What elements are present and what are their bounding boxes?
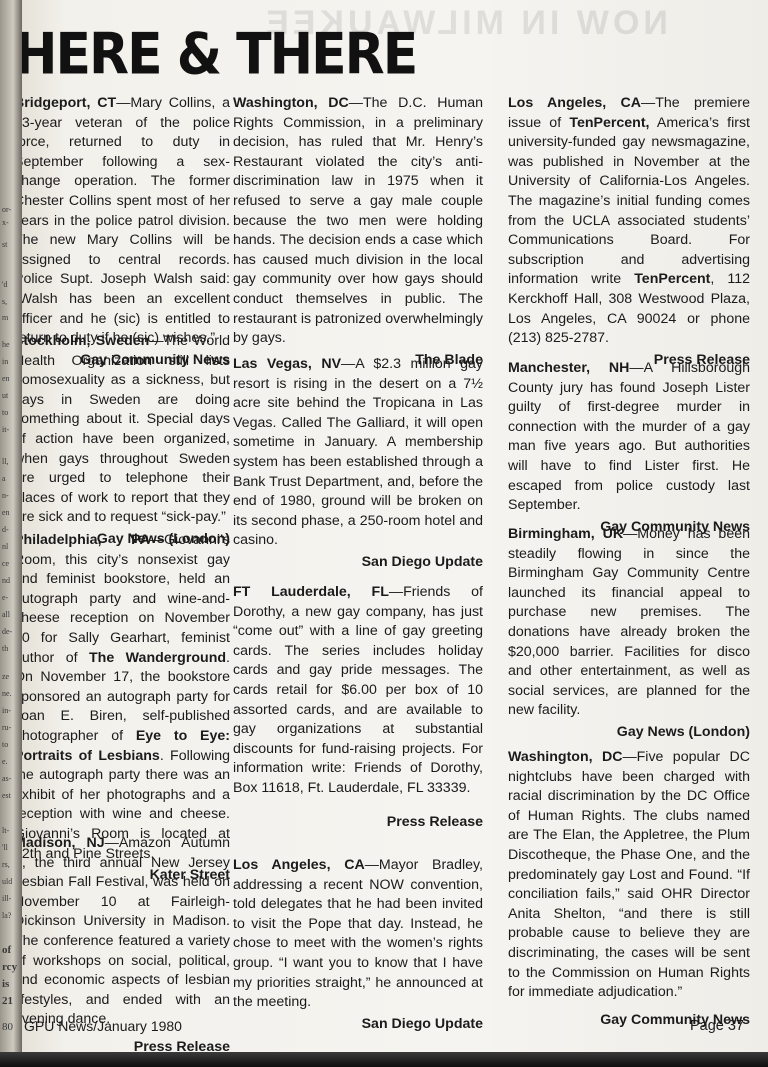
prev-page-fragment: is: [2, 979, 9, 989]
prev-page-fragment: e-: [2, 593, 8, 603]
prev-page-fragment: ne.: [2, 689, 12, 699]
item-source: Gay News (London): [508, 723, 750, 743]
prev-page-fragment: en: [2, 374, 10, 384]
item-source: Press Release: [233, 813, 483, 833]
prev-page-fragment: all: [2, 610, 10, 620]
prev-page-fragment: d-: [2, 525, 9, 535]
dateline: Birmingham, UK: [508, 526, 623, 542]
prev-page-fragment: ill-: [2, 894, 11, 904]
item-body: A $2.3 million gay resort is rising in t…: [233, 356, 483, 548]
prev-page-fragment: ll,: [2, 457, 8, 467]
dateline: Philadelphia, PA: [22, 532, 150, 548]
prev-page-fragment: 80: [2, 1022, 13, 1032]
news-item: Las Vegas, NV—A $2.3 million gay resort …: [233, 355, 483, 573]
dateline: Manchester, NH: [508, 360, 629, 376]
prev-page-fragment: or-: [2, 205, 11, 215]
publication-name: TenPercent: [634, 271, 710, 287]
dash: —: [105, 835, 119, 851]
item-source: Press Release: [22, 1038, 230, 1052]
prev-page-fragment: in-: [2, 706, 11, 716]
prev-page-fragment: lt-: [2, 826, 9, 836]
news-item: Los Angeles, CA—The premiere issue of Te…: [508, 94, 750, 370]
dateline: Las Vegas, NV: [233, 356, 341, 372]
dash: —: [622, 749, 636, 765]
dash: —: [389, 584, 403, 600]
item-body: Money has been steadily flowing in since…: [508, 526, 750, 718]
dateline: Bridgeport, CT: [22, 95, 116, 111]
prev-page-fragment: uld: [2, 877, 12, 887]
prev-page-fragment: s,: [2, 297, 7, 307]
prev-page-fragment: 21: [2, 996, 13, 1006]
prev-page-fragment: to: [2, 408, 8, 418]
item-source: San Diego Update: [233, 1015, 483, 1035]
prev-page-fragment: est: [2, 791, 11, 801]
news-item: Philadelphia, PA—Giovanni’s Room, this c…: [22, 531, 230, 886]
prev-page-fragment: m: [2, 313, 8, 323]
news-item: Stockholm, Sweden—The World Health Organ…: [22, 332, 230, 550]
item-body: America’s first university-funded gay ne…: [508, 115, 750, 288]
dateline: Los Angeles, CA: [233, 857, 365, 873]
prev-page-fragment: ru-: [2, 723, 11, 733]
prev-page-fragment: x-: [2, 218, 9, 228]
dash: —: [641, 95, 655, 111]
previous-page-edge: or- x- st 'd s, m he in en ut to it- ll,…: [0, 0, 22, 1052]
item-body: The D.C. Human Rights Commission, in a p…: [233, 95, 483, 346]
prev-page-fragment: as-: [2, 774, 11, 784]
item-body: Giovanni’s Room, this city’s nonsexist g…: [22, 532, 230, 666]
item-body: Five popular DC nightclubs have been cha…: [508, 749, 750, 1000]
prev-page-fragment: ce: [2, 559, 9, 569]
dateline: Washington, DC: [508, 749, 622, 765]
dash: —: [629, 360, 643, 376]
prev-page-fragment: it-: [2, 425, 9, 435]
prev-page-fragment: a: [2, 474, 6, 484]
publication-name: TenPercent,: [569, 115, 649, 131]
prev-page-fragment: to: [2, 740, 8, 750]
news-item: Los Angeles, CA—Mayor Bradley, addressin…: [233, 856, 483, 1034]
news-item: Washington, DC—Five popular DC nightclub…: [508, 748, 750, 1030]
prev-page-fragment: nd: [2, 576, 10, 586]
dash: —: [149, 333, 163, 349]
prev-page-fragment: st: [2, 240, 7, 250]
dateline: Madison, NJ: [22, 835, 105, 851]
prev-page-fragment: 'd: [2, 280, 7, 290]
prev-page-fragment: e.: [2, 757, 8, 767]
dash: —: [365, 857, 379, 873]
news-item: Washington, DC—The D.C. Human Rights Com…: [233, 94, 483, 370]
dash: —: [623, 526, 637, 542]
prev-page-fragment: n-: [2, 491, 9, 501]
item-body: Mary Collins, a 13-year veteran of the p…: [22, 95, 230, 346]
dash: —: [150, 532, 164, 548]
issue-footer: GPU News/January 1980: [24, 1018, 182, 1034]
prev-page-fragment: 'll: [2, 843, 8, 853]
prev-page-fragment: la?: [2, 911, 11, 921]
magazine-page: NOW IN MILWAUKEE HERE & THERE Bridgeport…: [22, 0, 768, 1052]
prev-page-fragment: rcy: [2, 962, 17, 972]
dateline: FT Lauderdale, FL: [233, 584, 389, 600]
news-item: Birmingham, UK—Money has been steadily f…: [508, 525, 750, 743]
dash: —: [349, 95, 363, 111]
news-item: Manchester, NH—A Hillsborough County jur…: [508, 359, 750, 537]
book-title: The Wanderground: [89, 650, 226, 666]
prev-page-fragment: he: [2, 340, 10, 350]
prev-page-fragment: ut: [2, 391, 8, 401]
prev-page-fragment: en: [2, 508, 10, 518]
prev-page-fragment: th: [2, 644, 8, 654]
prev-page-fragment: rs,: [2, 860, 10, 870]
dateline: Washington, DC: [233, 95, 349, 111]
item-body: The World Health Organization still list…: [22, 333, 230, 525]
dateline: Stockholm, Sweden: [22, 333, 149, 349]
prev-page-fragment: of: [2, 945, 11, 955]
dateline: Los Angeles, CA: [508, 95, 641, 111]
prev-page-fragment: in: [2, 357, 8, 367]
prev-page-fragment: nl: [2, 542, 8, 552]
page-number: Page 37: [690, 1018, 744, 1034]
section-title: HERE & THERE: [22, 22, 416, 88]
page-bottom-shadow: [0, 1052, 768, 1067]
item-body: Mayor Bradley, addressing a recent NOW c…: [233, 857, 483, 1010]
news-item: Bridgeport, CT—Mary Collins, a 13-year v…: [22, 94, 230, 370]
item-body: A Hillsborough County jury has found Jos…: [508, 360, 750, 513]
item-body: Friends of Dorothy, a new gay company, h…: [233, 584, 483, 796]
item-body: Amazon Autumn II, the third annual New J…: [22, 835, 230, 1027]
dash: —: [341, 356, 355, 372]
prev-page-fragment: ze: [2, 672, 9, 682]
item-source: San Diego Update: [233, 553, 483, 573]
dash: —: [116, 95, 130, 111]
prev-page-fragment: de-: [2, 627, 12, 637]
news-item: FT Lauderdale, FL—Friends of Dorothy, a …: [233, 583, 483, 832]
